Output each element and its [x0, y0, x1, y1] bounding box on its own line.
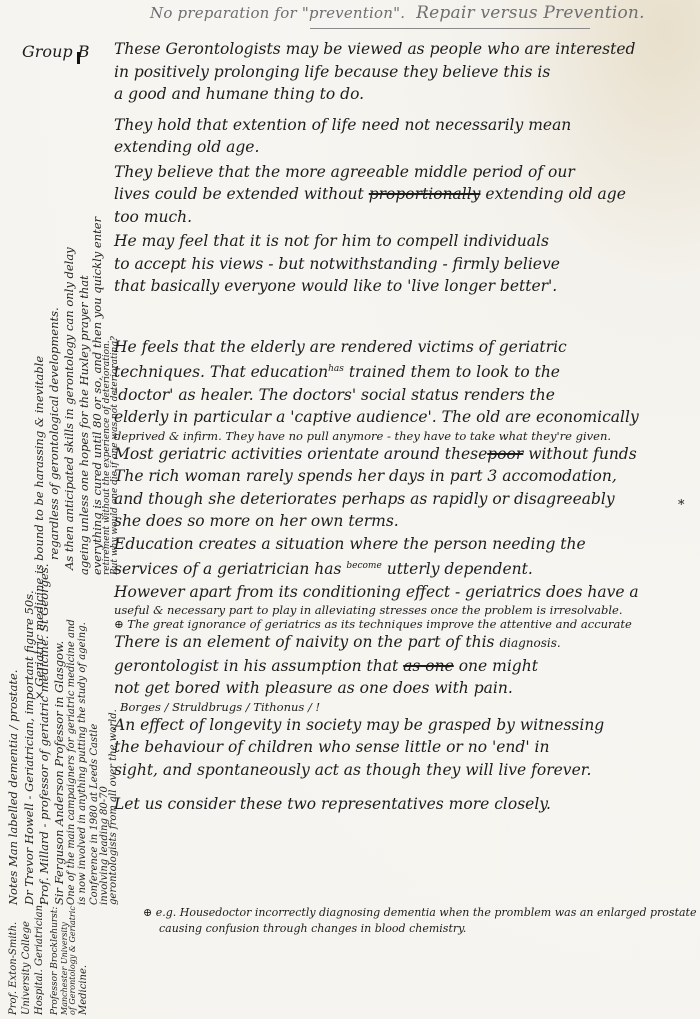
text-line: These Gerontologists may be viewed as pe… — [114, 38, 684, 61]
margin-note-upper-2: regardless of gerontological development… — [47, 307, 62, 560]
footnote: ⊕ e.g. Housedoctor incorrectly diagnosin… — [143, 905, 683, 937]
text-line: techniques. That educationhas trained th… — [114, 358, 684, 384]
margin-note-upper-7: But why would one die if one was not det… — [108, 336, 123, 575]
text-line: sight, and spontaneously act as though t… — [114, 759, 684, 782]
text-line: she does so more on her own terms. — [114, 510, 684, 533]
text-line: An effect of longevity in society may be… — [114, 714, 684, 737]
text-line: and though she deteriorates perhaps as r… — [114, 488, 684, 511]
text-line: However apart from its conditioning effe… — [114, 581, 684, 604]
text-line: 'doctor' as healer. The doctors' social … — [114, 384, 684, 407]
text-fragment: Most geriatric activities orientate arou… — [114, 445, 440, 463]
text-line: The rich woman rarely spends her days in… — [114, 465, 684, 488]
text-line: Most geriatric activities orientate arou… — [114, 443, 684, 466]
struck-word: poor — [487, 445, 523, 463]
inserted-line: useful & necessary part to play in allev… — [114, 603, 684, 617]
paragraph-3: They believe that the more agreeable mid… — [114, 161, 684, 229]
struck-word: proportionally — [369, 185, 481, 203]
text-fragment: these — [445, 445, 488, 463]
margin-note-upper-3: As then anticipated skills in gerontolog… — [62, 247, 77, 570]
paragraph-4: He may feel that it is not for him to co… — [114, 230, 684, 298]
text-line: lives could be extended without proporti… — [114, 183, 684, 206]
margin-note-col-3: Prof. Millard - professor of geriatric m… — [37, 564, 52, 905]
text-line: too much. — [114, 206, 684, 229]
inserted-line: deprived & infirm. They have no pull any… — [114, 429, 684, 443]
text-line: services of a geriatrician has become ut… — [114, 555, 684, 581]
text-line: the behaviour of children who sense litt… — [114, 736, 684, 759]
inserted-line: ⊕ The great ignorance of geriatrics as i… — [114, 617, 684, 631]
main-text: These Gerontologists may be viewed as pe… — [114, 38, 684, 824]
inserted-line: Borges / Struldbrugs / Tithonus / ! — [120, 700, 684, 714]
text-fragment: techniques. That education — [114, 363, 328, 381]
text-fragment: services of a geriatrician has — [114, 560, 341, 578]
text-line: gerontologist in his assumption that as … — [114, 655, 684, 678]
text-fragment: There is an element of naivity on the pa… — [114, 633, 495, 651]
struck-word: as one — [403, 657, 454, 675]
text-line: elderly in particular a 'captive audienc… — [114, 406, 684, 429]
text-line: that basically everyone would like to 'l… — [114, 275, 684, 298]
text-line: They hold that extention of life need no… — [114, 114, 684, 137]
text-line: not get bored with pleasure as one does … — [114, 677, 684, 700]
text-fragment: extending old age — [485, 185, 625, 203]
text-fragment: gerontologist in his assumption that — [114, 657, 398, 675]
footnote-line: ⊕ e.g. Housedoctor incorrectly diagnosin… — [143, 905, 683, 921]
text-line: extending old age. — [114, 136, 684, 159]
asterisk-mark: * — [678, 498, 685, 513]
inserted-word: has — [328, 364, 344, 374]
group-mark — [77, 52, 80, 64]
margin-note-col-9: gerontologists from all over the world. — [106, 709, 121, 905]
text-line: He may feel that it is not for him to co… — [114, 230, 684, 253]
text-fragment: one might — [459, 657, 538, 675]
text-line: Education creates a situation where the … — [114, 533, 684, 556]
text-line: a good and humane thing to do. — [114, 83, 684, 106]
paragraph-5: He feels that the elderly are rendered v… — [114, 336, 684, 816]
title-underline — [310, 28, 590, 29]
inserted-word: become — [346, 561, 381, 571]
text-line: There is an element of naivity on the pa… — [114, 631, 684, 655]
paragraph-2: They hold that extention of life need no… — [114, 114, 684, 159]
margin-note-col-1: Notes Man labelled dementia / prostate. — [6, 670, 21, 905]
text-line: They believe that the more agreeable mid… — [114, 161, 684, 184]
margin-note-bottom-3: Hospital. Geriatrician. — [32, 902, 47, 1015]
text-line: in positively prolonging life because th… — [114, 61, 684, 84]
text-line: to accept his views - but notwithstandin… — [114, 253, 684, 276]
text-fragment: diagnosis. — [499, 636, 560, 650]
margin-note-bottom-7: Medicine. — [76, 965, 91, 1015]
text-line: Let us consider these two representative… — [114, 793, 684, 816]
text-fragment: utterly dependent. — [387, 560, 533, 578]
header-annotation: No preparation for "prevention". — [150, 4, 405, 22]
header-note: No preparation for "prevention". Repair … — [150, 3, 645, 23]
text-fragment: trained them to look to the — [349, 363, 560, 381]
text-fragment: lives could be extended without — [114, 185, 364, 203]
manuscript-page: No preparation for "prevention". Repair … — [0, 0, 700, 1019]
footnote-line: causing confusion through changes in blo… — [143, 921, 683, 937]
paragraph-1: These Gerontologists may be viewed as pe… — [114, 38, 684, 106]
text-fragment: without funds — [528, 445, 637, 463]
page-title: Repair versus Prevention. — [416, 3, 645, 23]
text-line: He feels that the elderly are rendered v… — [114, 336, 684, 359]
margin-note-col-2: Dr Trevor Howell - Geriatrician, importa… — [22, 590, 37, 905]
